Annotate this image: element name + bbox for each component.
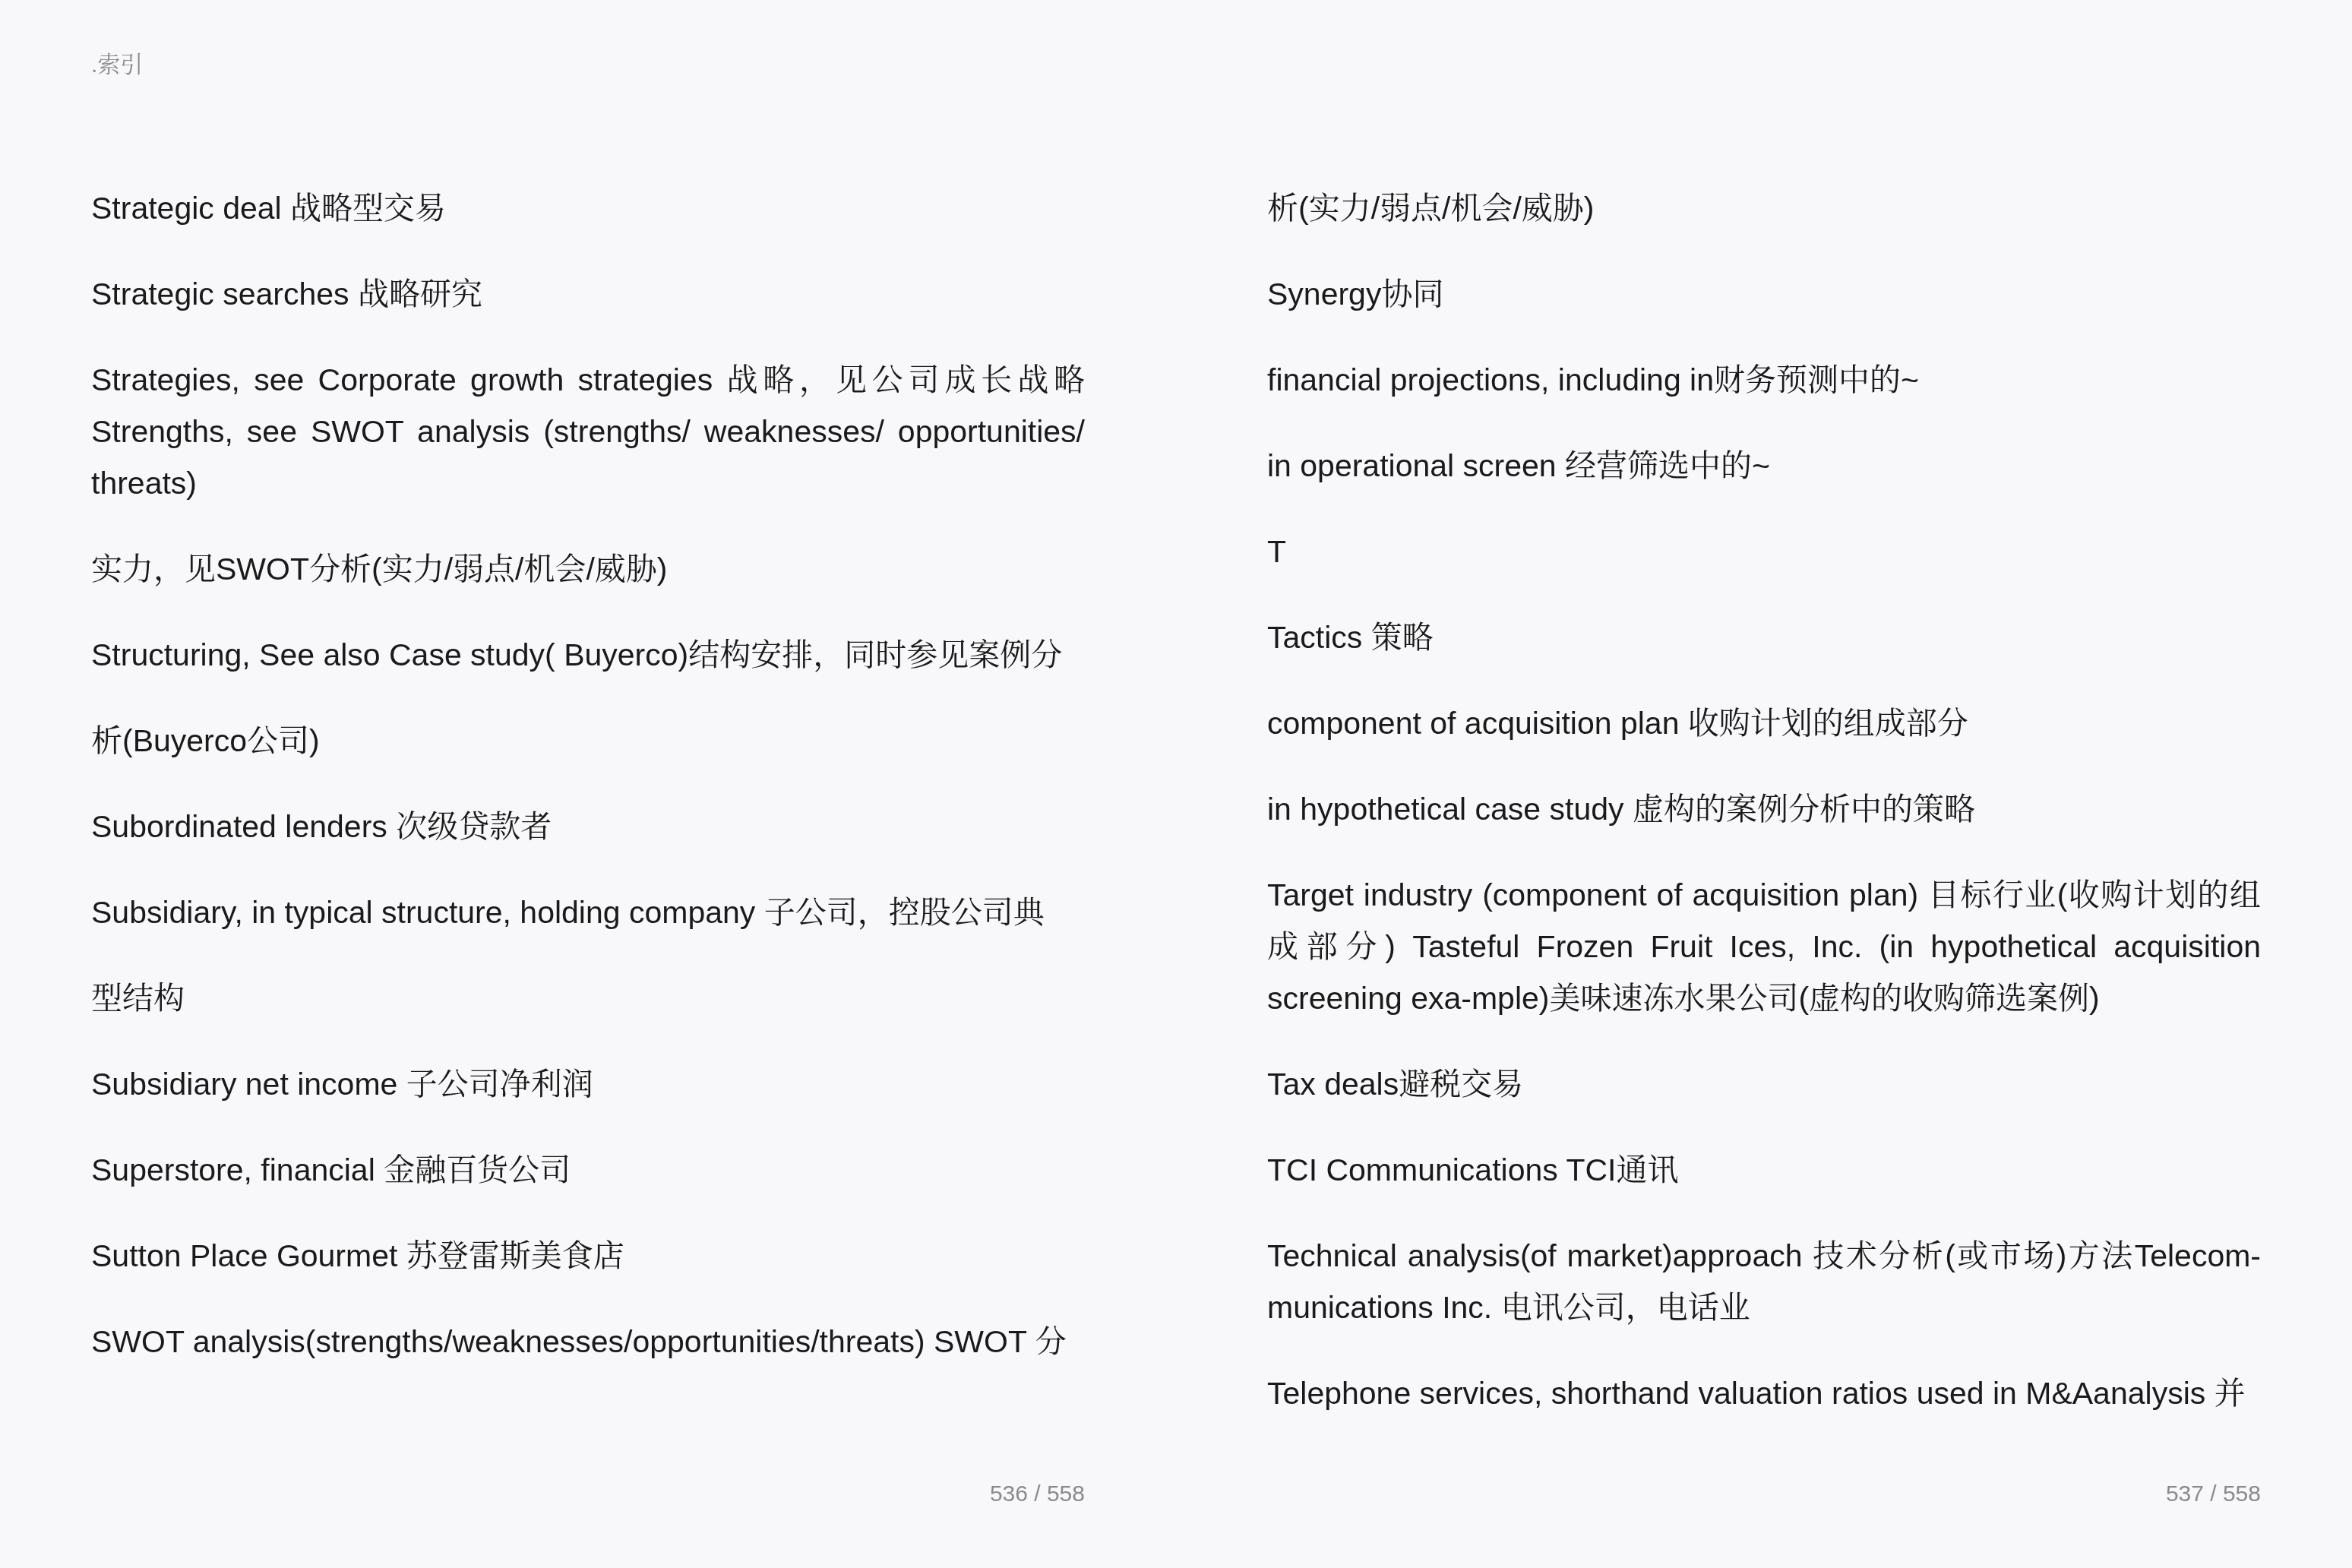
index-entry: financial projections, including in财务预测中… [1267, 354, 2261, 406]
index-entry: in operational screen 经营筛选中的~ [1267, 440, 2261, 492]
page-number-left: 536 / 558 [857, 1481, 1085, 1507]
index-entry: Target industry (component of acquisitio… [1267, 869, 2261, 1024]
index-entry: Structuring, See also Case study( Buyerc… [91, 629, 1085, 681]
index-letter-heading: T [1267, 526, 2261, 577]
index-entry: 实力，见SWOT分析(实力/弱点/机会/威胁) [91, 543, 1085, 595]
index-entry: in hypothetical case study 虚构的案例分析中的策略 [1267, 783, 2261, 835]
index-entry: Subsidiary net income 子公司净利润 [91, 1058, 1085, 1110]
index-entry: Synergy协同 [1267, 268, 2261, 320]
index-entry: Strategic deal 战略型交易 [91, 182, 1085, 234]
index-entry: Tax deals避税交易 [1267, 1058, 2261, 1110]
index-entry: Superstore, financial 金融百货公司 [91, 1144, 1085, 1196]
index-entry: Sutton Place Gourmet 苏登雷斯美食店 [91, 1230, 1085, 1282]
index-entry: 型结构 [91, 972, 1085, 1024]
section-header: .索引 [91, 46, 143, 79]
index-entry: Telephone services, shorthand valuation … [1267, 1367, 2261, 1419]
index-entry: Strategic searches 战略研究 [91, 268, 1085, 320]
index-entry: 析(实力/弱点/机会/威胁) [1267, 182, 2261, 234]
index-entry: component of acquisition plan 收购计划的组成部分 [1267, 697, 2261, 749]
left-column: Strategic deal 战略型交易 Strategic searches … [91, 182, 1085, 1402]
index-entry: Strategies, see Corporate growth strateg… [91, 354, 1085, 509]
index-entry: Tactics 策略 [1267, 612, 2261, 663]
page-number-right: 537 / 558 [2033, 1481, 2261, 1507]
index-entry: TCI Communications TCI通讯 [1267, 1144, 2261, 1196]
index-entry: SWOT analysis(strengths/weaknesses/oppor… [91, 1316, 1085, 1367]
right-column: 析(实力/弱点/机会/威胁) Synergy协同 financial proje… [1267, 182, 2261, 1453]
index-entry: Technical analysis(of market)approach 技术… [1267, 1230, 2261, 1333]
index-entry: 析(Buyerco公司) [91, 715, 1085, 767]
index-entry: Subordinated lenders 次级贷款者 [91, 801, 1085, 852]
index-entry: Subsidiary, in typical structure, holdin… [91, 887, 1085, 938]
